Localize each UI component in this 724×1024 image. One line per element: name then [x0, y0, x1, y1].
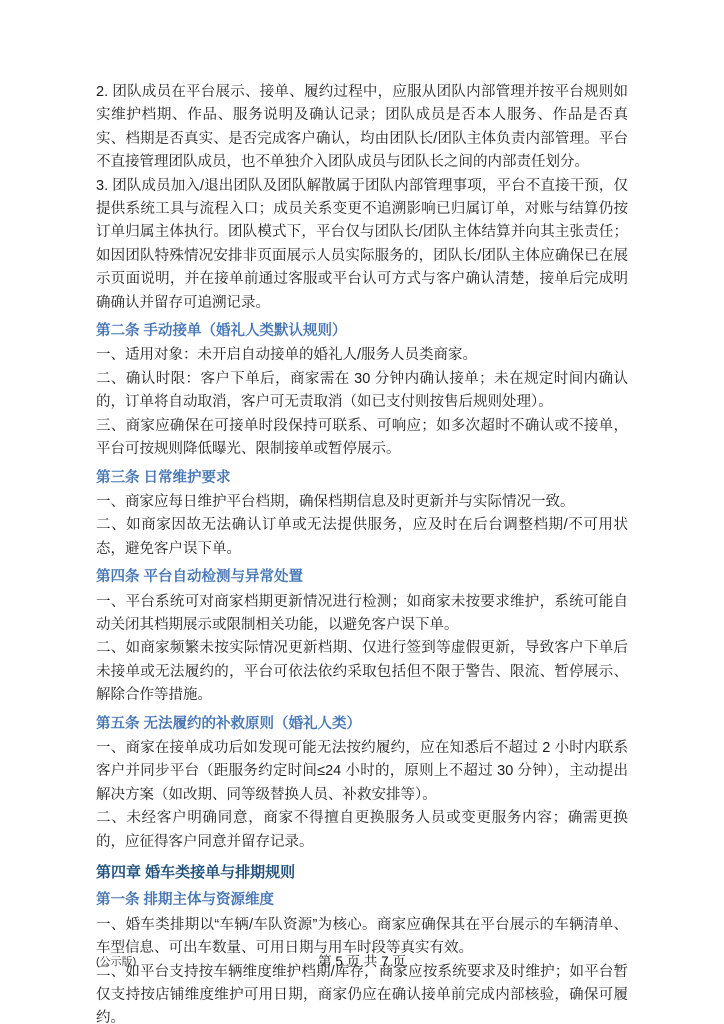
- document-body: 2. 团队成员在平台展示、接单、履约过程中，应服从团队内部管理并按平台规则如实维…: [96, 81, 628, 1024]
- article-heading: 第三条 日常维护要求: [96, 467, 628, 490]
- article-heading: 第二条 手动接单（婚礼人类默认规则）: [96, 320, 628, 343]
- paragraph: 二、未经客户明确同意，商家不得擅自更换服务人员或变更服务内容；确需更换的，应征得…: [96, 807, 628, 854]
- paragraph: 二、如商家频繁未按实际情况更新档期、仅进行签到等虚假更新，导致客户下单后未接单或…: [96, 637, 628, 707]
- document-page: 2. 团队成员在平台展示、接单、履约过程中，应服从团队内部管理并按平台规则如实维…: [0, 0, 724, 1024]
- paragraph: 一、商家在接单成功后如发现可能无法按约履约，应在知悉后不超过 2 小时内联系客户…: [96, 737, 628, 807]
- paragraph: 三、商家应确保在可接单时段保持可联系、可响应；如多次超时不确认或不接单，平台可按…: [96, 415, 628, 462]
- paragraph: 一、商家应每日维护平台档期，确保档期信息及时更新并与实际情况一致。: [96, 491, 628, 514]
- article-heading: 第四条 平台自动检测与异常处置: [96, 566, 628, 589]
- page-footer: (公示版) 第 5 页 共 7 页: [96, 950, 628, 970]
- article-heading: 第一条 排期主体与资源维度: [96, 889, 628, 912]
- paragraph: 二、如平台支持按车辆维度维护档期/库存，商家应按系统要求及时维护；如平台暂仅支持…: [96, 961, 628, 1024]
- article-heading: 第五条 无法履约的补救原则（婚礼人类）: [96, 713, 628, 736]
- paragraph: 一、平台系统可对商家档期更新情况进行检测；如商家未按要求维护，系统可能自动关闭其…: [96, 591, 628, 638]
- paragraph: 二、确认时限：客户下单后，商家需在 30 分钟内确认接单；未在规定时间内确认的，…: [96, 368, 628, 415]
- paragraph: 二、如商家因故无法确认订单或无法提供服务，应及时在后台调整档期/不可用状态，避免…: [96, 514, 628, 561]
- paragraph: 2. 团队成员在平台展示、接单、履约过程中，应服从团队内部管理并按平台规则如实维…: [96, 81, 628, 175]
- paragraph: 3. 团队成员加入/退出团队及团队解散属于团队内部管理事项，平台不直接干预，仅提…: [96, 175, 628, 315]
- chapter-heading: 第四章 婚车类接单与排期规则: [96, 861, 628, 884]
- paragraph: 一、适用对象：未开启自动接单的婚礼人/服务人员类商家。: [96, 344, 628, 367]
- footer-page-number: 第 5 页 共 7 页: [96, 950, 628, 970]
